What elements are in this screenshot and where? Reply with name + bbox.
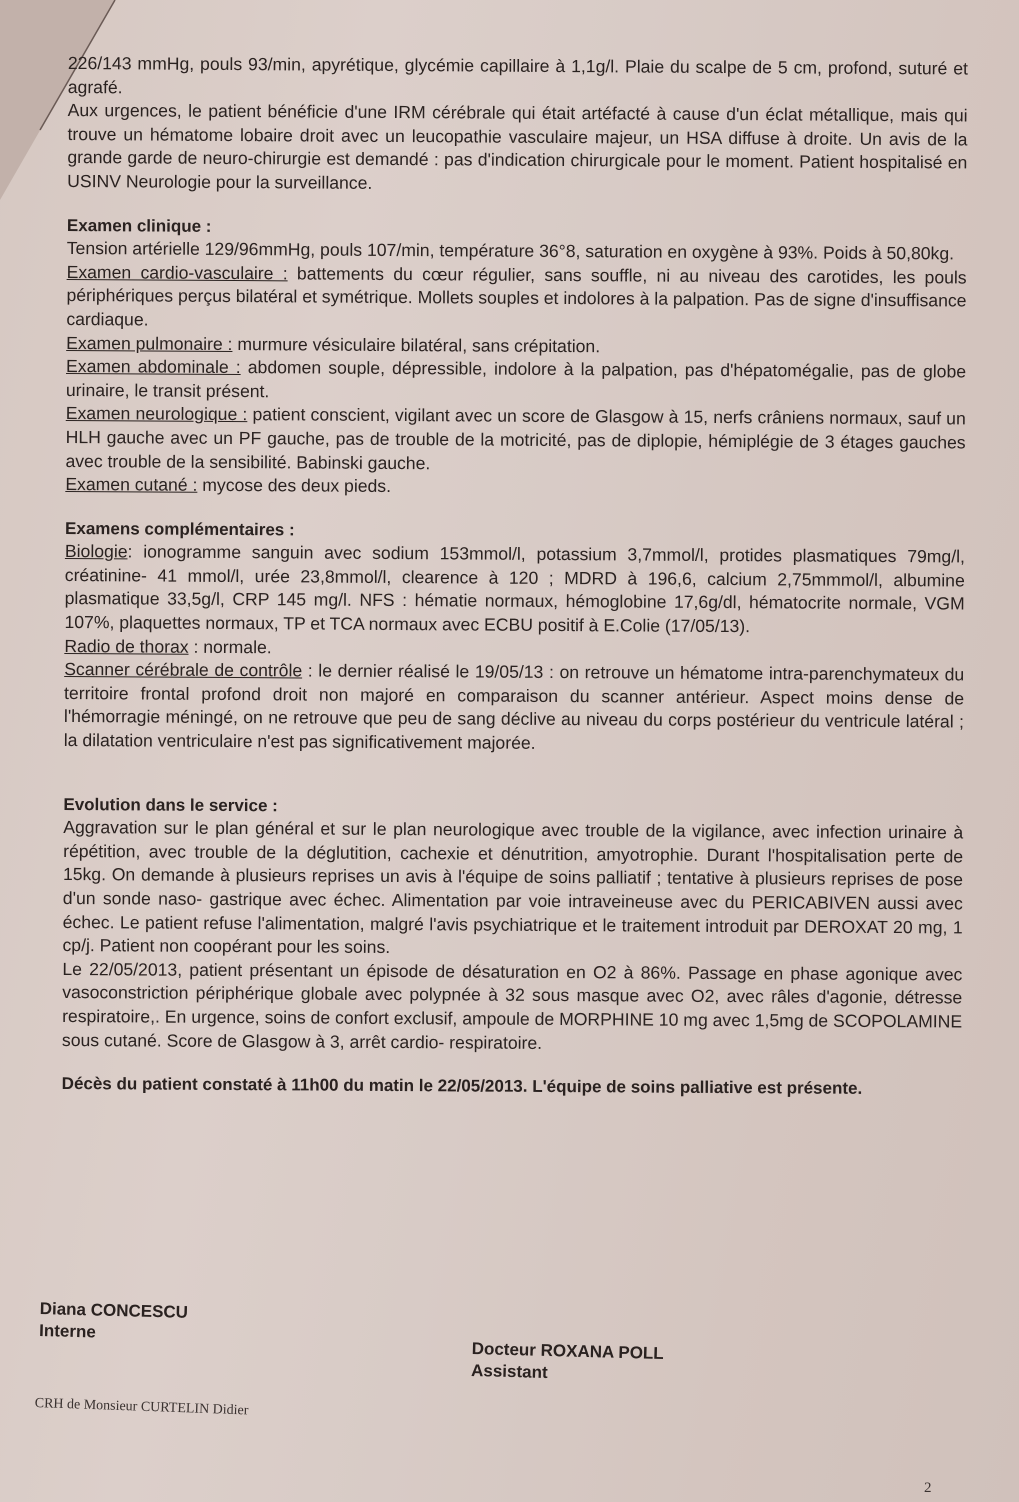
section-examens-complementaires: Examens complémentaires : Biologie: iono…: [64, 517, 965, 758]
intro-line-1: 226/143 mmHg, pouls 93/min, apyrétique, …: [68, 52, 968, 105]
exam-item: Biologie: ionogramme sanguin avec sodium…: [64, 540, 965, 640]
exam-item: Examen cardio-vasculaire : battements du…: [66, 261, 966, 337]
exam-label: Examen pulmonaire :: [66, 333, 232, 354]
exam-text: : normale.: [189, 636, 272, 657]
exam-item: Examen abdominale : abdomen souple, dépr…: [66, 355, 966, 408]
exam-label: Examen abdominale :: [66, 356, 241, 377]
exam-label: Scanner cérébrale de contrôle: [64, 659, 302, 680]
report-body: 226/143 mmHg, pouls 93/min, apyrétique, …: [62, 52, 968, 1101]
document-page: 226/143 mmHg, pouls 93/min, apyrétique, …: [0, 0, 1019, 1502]
evolution-paragraph: Le 22/05/2013, patient présentant un épi…: [62, 958, 963, 1058]
exam-label: Radio de thorax: [64, 636, 188, 657]
signer-role: Interne: [39, 1320, 188, 1346]
evolution-paragraph: Aggravation sur le plan général et sur l…: [62, 816, 963, 963]
exam-item: Scanner cérébrale de contrôle : le derni…: [64, 658, 965, 758]
exam-text: : ionogramme sanguin avec sodium 153mmol…: [64, 542, 965, 637]
signature-assistant: Docteur ROXANA POLL Assistant: [471, 1338, 664, 1387]
exam-label: Examen cardio-vasculaire :: [67, 262, 288, 283]
exam-item: Examen cutané : mycose des deux pieds.: [65, 473, 965, 502]
section-evolution: Evolution dans le service : Aggravation …: [62, 793, 964, 1058]
exam-text: murmure vésiculaire bilatéral, sans crép…: [232, 334, 600, 356]
exam-text: mycose des deux pieds.: [197, 475, 391, 496]
exam-label: Examen cutané :: [65, 474, 197, 495]
document-footer: CRH de Monsieur CURTELIN Didier: [34, 1396, 248, 1419]
conclusion: Décès du patient constaté à 11h00 du mat…: [62, 1072, 962, 1101]
intro-line-2: Aux urgences, le patient bénéficie d'une…: [67, 99, 968, 199]
exam-item: Examen neurologique : patient conscient,…: [65, 402, 965, 478]
exam-label: Examen neurologique :: [66, 403, 248, 424]
signature-intern: Diana CONCESCU Interne: [39, 1298, 188, 1346]
exam-label: Biologie: [65, 541, 128, 561]
section-examen-clinique: Examen clinique : Tension artérielle 129…: [65, 214, 967, 503]
page-number: 2: [924, 1480, 932, 1497]
